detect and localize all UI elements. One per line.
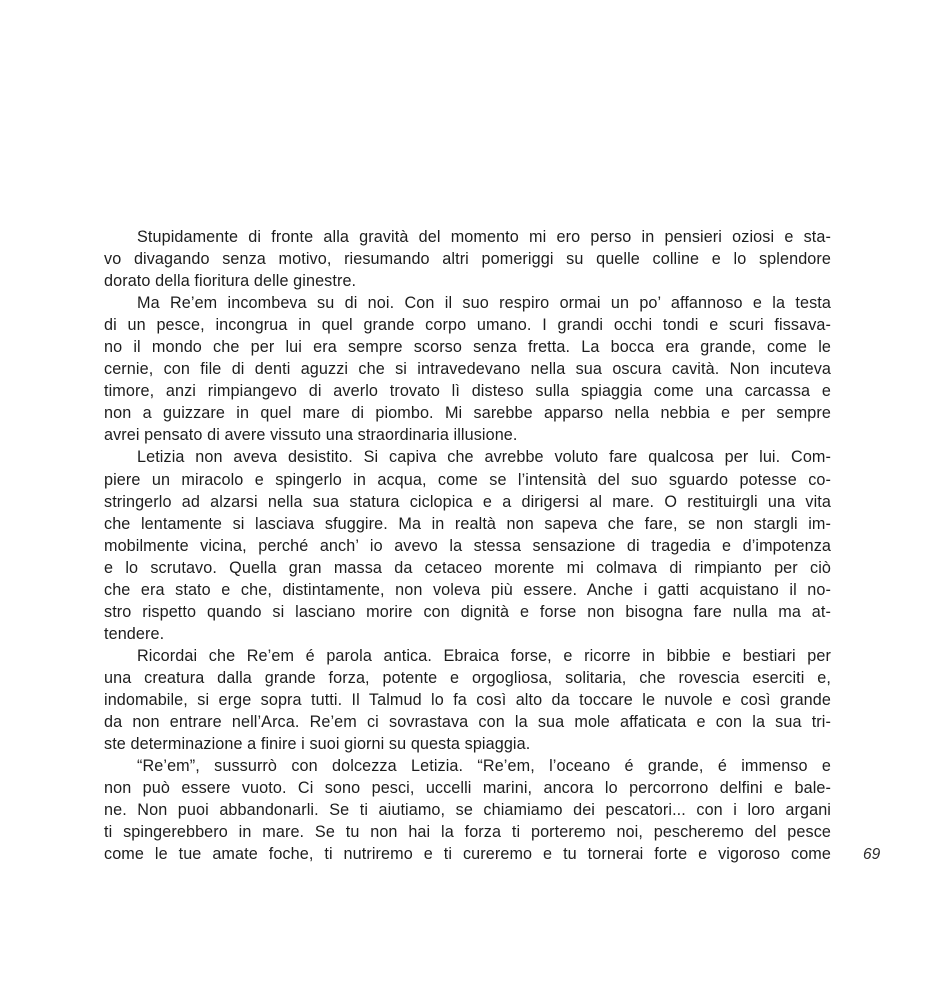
text-line: ti spingerebbero in mare. Se tu non hai …	[104, 821, 831, 843]
book-page: Stupidamente di fronte alla gravità del …	[0, 0, 942, 1000]
text-line: ste determinazione a finire i suoi giorn…	[104, 733, 831, 755]
text-block: Stupidamente di fronte alla gravità del …	[104, 226, 831, 865]
text-line: ne. Non puoi abbandonarli. Se ti aiutiam…	[104, 799, 831, 821]
paragraph: “Re’em”, sussurrò con dolcezza Letizia. …	[104, 755, 831, 865]
text-line: che lentamente si lasciava sfuggire. Ma …	[104, 513, 831, 535]
text-line: stringerlo ad alzarsi nella sua statura …	[104, 491, 831, 513]
text-line: Ma Re’em incombeva su di noi. Con il suo…	[104, 292, 831, 314]
text-line: dorato della fioritura delle ginestre.	[104, 270, 831, 292]
text-line: timore, anzi rimpiangevo di averlo trova…	[104, 380, 831, 402]
text-line: mobilmente vicina, perché anch’ io avevo…	[104, 535, 831, 557]
text-line: vo divagando senza motivo, riesumando al…	[104, 248, 831, 270]
text-line: no il mondo che per lui era sempre scors…	[104, 336, 831, 358]
text-line: non a guizzare in quel mare di piombo. M…	[104, 402, 831, 424]
paragraph: Letizia non aveva desistito. Si capiva c…	[104, 446, 831, 644]
text-line: tendere.	[104, 623, 831, 645]
text-line: Stupidamente di fronte alla gravità del …	[104, 226, 831, 248]
text-line: “Re’em”, sussurrò con dolcezza Letizia. …	[104, 755, 831, 777]
text-line: piere un miracolo e spingerlo in acqua, …	[104, 469, 831, 491]
text-line: di un pesce, incongrua in quel grande co…	[104, 314, 831, 336]
text-line: stro rispetto quando si lasciano morire …	[104, 601, 831, 623]
text-line: cernie, con file di denti aguzzi che si …	[104, 358, 831, 380]
paragraph: Ma Re’em incombeva su di noi. Con il suo…	[104, 292, 831, 446]
page-number: 69	[863, 844, 880, 866]
text-line: avrei pensato di avere vissuto una strao…	[104, 424, 831, 446]
text-line: Letizia non aveva desistito. Si capiva c…	[104, 446, 831, 468]
text-line: una creatura dalla grande forza, potente…	[104, 667, 831, 689]
text-line: non può essere vuoto. Ci sono pesci, ucc…	[104, 777, 831, 799]
text-line: e lo scrutavo. Quella gran massa da ceta…	[104, 557, 831, 579]
text-line: che era stato e che, distintamente, non …	[104, 579, 831, 601]
paragraph: Stupidamente di fronte alla gravità del …	[104, 226, 831, 292]
text-line: come le tue amate foche, ti nutriremo e …	[104, 843, 831, 865]
text-line: da non entrare nell’Arca. Re’em ci sovra…	[104, 711, 831, 733]
text-line: Ricordai che Re’em é parola antica. Ebra…	[104, 645, 831, 667]
text-line: indomabile, si erge sopra tutti. Il Talm…	[104, 689, 831, 711]
paragraph: Ricordai che Re’em é parola antica. Ebra…	[104, 645, 831, 755]
